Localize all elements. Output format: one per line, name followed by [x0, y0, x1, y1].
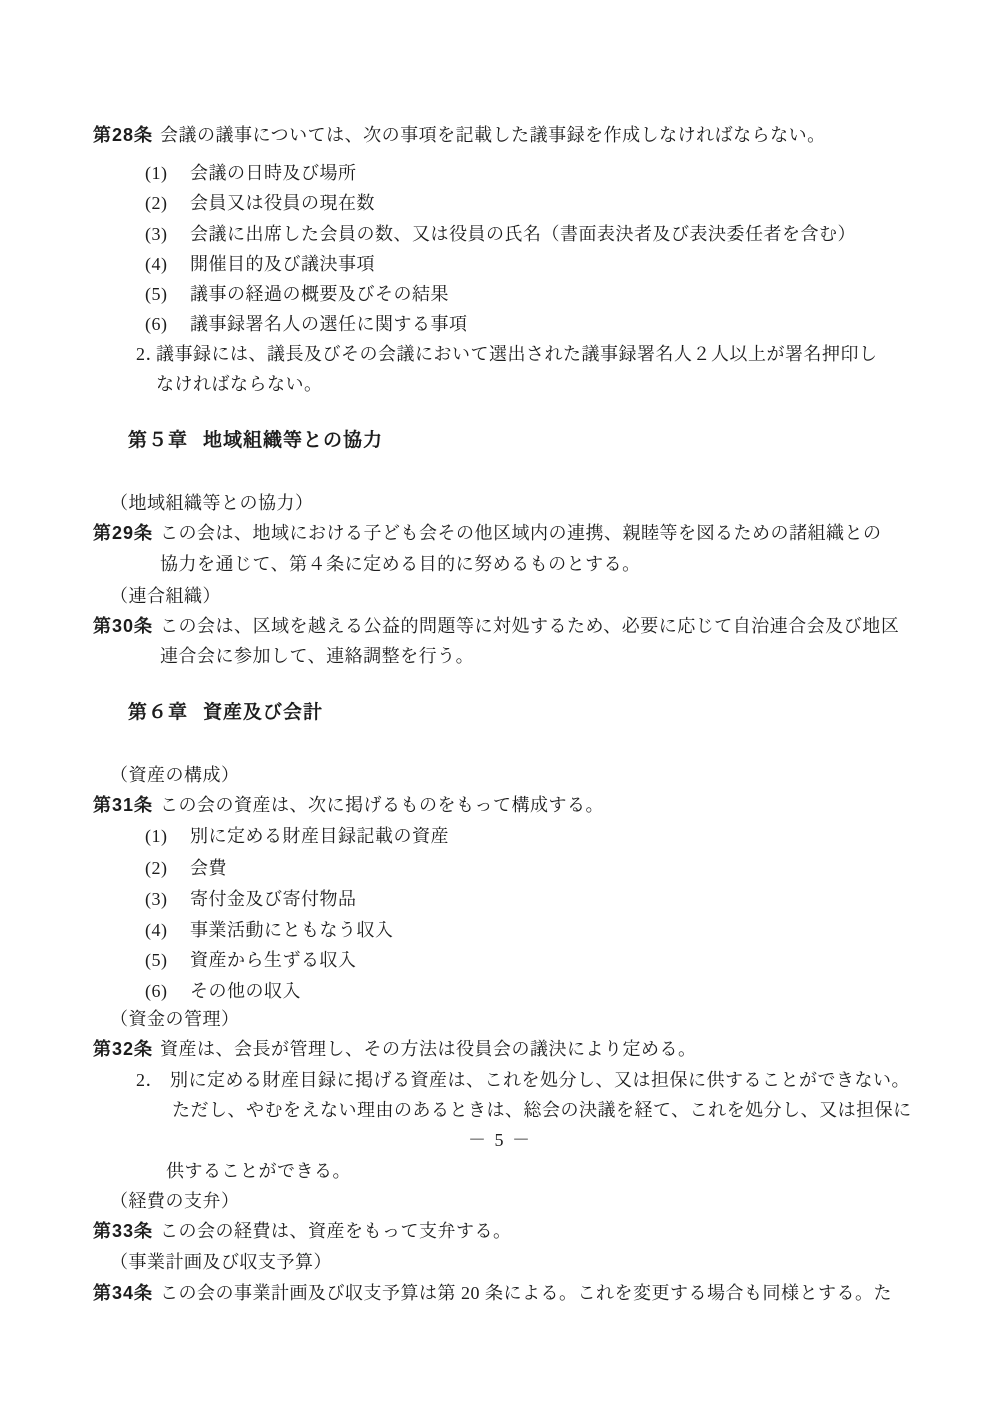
- item-number: (6): [145, 978, 190, 1004]
- article-28-paragraph-2-cont: なければならない。: [156, 371, 323, 397]
- article-31-item-4: (4)事業活動にともなう収入: [145, 917, 394, 943]
- item-text: 開催目的及び議決事項: [190, 251, 375, 277]
- item-text: 会員又は役員の現在数: [190, 190, 375, 216]
- item-number: (2): [145, 855, 190, 881]
- item-text: 事業活動にともなう収入: [190, 917, 394, 943]
- article-29-cont: 協力を通じて、第４条に定める目的に努めるものとする。: [160, 551, 641, 577]
- item-text: 会費: [190, 855, 227, 881]
- item-number: (1): [145, 823, 190, 849]
- article-34-number: 第34条: [93, 1280, 160, 1306]
- item-text: その他の収入: [190, 978, 301, 1004]
- item-number: (3): [145, 886, 190, 912]
- item-number: (1): [145, 160, 190, 186]
- article-33-head: 第33条この会の経費は、資産をもって支弁する。: [93, 1218, 512, 1244]
- item-text: 議事の経過の概要及びその結果: [190, 281, 449, 307]
- article-28-number: 第28条: [93, 122, 160, 148]
- article-30-number: 第30条: [93, 613, 160, 639]
- article-30-body: この会は、区域を越える公益的問題等に対処するため、必要に応じて自治連合会及び地区: [160, 613, 899, 639]
- article-28-item-1: (1)会議の日時及び場所: [145, 160, 357, 186]
- article-30-cont: 連合会に参加して、連絡調整を行う。: [160, 643, 474, 669]
- item-number: (6): [145, 311, 190, 337]
- article-28-item-4: (4)開催目的及び議決事項: [145, 251, 375, 277]
- article-31-item-3: (3)寄付金及び寄付物品: [145, 886, 357, 912]
- chapter-5-title: 地域組織等との協力: [203, 430, 383, 451]
- article-29-number: 第29条: [93, 520, 160, 546]
- article-32-body: 資産は、会長が管理し、その方法は役員会の議決により定める。: [160, 1036, 697, 1062]
- chapter-5-number: 第５章: [128, 430, 188, 451]
- item-number: (5): [145, 281, 190, 307]
- article-31-item-5: (5)資産から生ずる収入: [145, 947, 357, 973]
- section-header-keihi: （経費の支弁）: [110, 1188, 240, 1214]
- article-28-item-5: (5)議事の経過の概要及びその結果: [145, 281, 449, 307]
- item-number: (4): [145, 917, 190, 943]
- article-32-paragraph-2-cont-1: ただし、やむをえない理由のあるときは、総会の決議を経て、これを処分し、又は担保に: [172, 1097, 912, 1123]
- chapter-6-number: 第６章: [128, 702, 188, 723]
- article-34-body: この会の事業計画及び収支予算は第 20 条による。これを変更する場合も同様とする…: [160, 1280, 892, 1306]
- chapter-6-heading: 第６章資産及び会計: [128, 700, 323, 726]
- article-31-number: 第31条: [93, 792, 160, 818]
- page-number: － 5 －: [0, 1127, 1000, 1153]
- item-text: 議事録署名人の選任に関する事項: [190, 311, 468, 337]
- article-32-head: 第32条資産は、会長が管理し、その方法は役員会の議決により定める。: [93, 1036, 697, 1062]
- item-number: (2): [145, 190, 190, 216]
- article-34-head: 第34条この会の事業計画及び収支予算は第 20 条による。これを変更する場合も同…: [93, 1280, 892, 1306]
- article-31-head: 第31条この会の資産は、次に掲げるものをもって構成する。: [93, 792, 604, 818]
- paragraph-number: 2．: [136, 1067, 170, 1093]
- section-header-shikin: （資金の管理）: [110, 1006, 240, 1032]
- article-31-body: この会の資産は、次に掲げるものをもって構成する。: [160, 792, 604, 818]
- article-32-number: 第32条: [93, 1036, 160, 1062]
- item-text: 資産から生ずる収入: [190, 947, 357, 973]
- paragraph-text: 議事録には、議長及びその会議において選出された議事録署名人２人以上が署名押印し: [156, 341, 878, 367]
- section-header-shisan: （資産の構成）: [110, 762, 240, 788]
- article-33-number: 第33条: [93, 1218, 160, 1244]
- article-32-paragraph-2-cont-2: 供することができる。: [166, 1158, 351, 1184]
- chapter-5-heading: 第５章地域組織等との協力: [128, 428, 383, 454]
- article-31-item-1: (1)別に定める財産目録記載の資産: [145, 823, 449, 849]
- paragraph-number: 2．: [136, 341, 156, 367]
- article-28-item-3: (3)会議に出席した会員の数、又は役員の氏名（書面表決者及び表決委任者を含む）: [145, 221, 856, 247]
- article-28-item-6: (6)議事録署名人の選任に関する事項: [145, 311, 468, 337]
- item-text: 寄付金及び寄付物品: [190, 886, 357, 912]
- article-28-paragraph-2: 2．議事録には、議長及びその会議において選出された議事録署名人２人以上が署名押印…: [136, 341, 878, 367]
- item-text: 会議に出席した会員の数、又は役員の氏名（書面表決者及び表決委任者を含む）: [190, 221, 856, 247]
- section-header-chiiki: （地域組織等との協力）: [110, 490, 314, 516]
- section-header-rengo: （連合組織）: [110, 583, 221, 609]
- item-text: 会議の日時及び場所: [190, 160, 357, 186]
- item-number: (3): [145, 221, 190, 247]
- article-31-item-6: (6)その他の収入: [145, 978, 301, 1004]
- section-header-jigyo: （事業計画及び収支予算）: [110, 1249, 332, 1275]
- article-28-item-2: (2)会員又は役員の現在数: [145, 190, 375, 216]
- item-number: (5): [145, 947, 190, 973]
- article-28-head: 第28条会議の議事については、次の事項を記載した議事録を作成しなければならない。: [93, 122, 826, 148]
- chapter-6-title: 資産及び会計: [203, 702, 323, 723]
- paragraph-text: 別に定める財産目録に掲げる資産は、これを処分し、又は担保に供することができない。: [170, 1067, 910, 1093]
- item-number: (4): [145, 251, 190, 277]
- document-page: 第28条会議の議事については、次の事項を記載した議事録を作成しなければならない。…: [0, 0, 1000, 1415]
- article-33-body: この会の経費は、資産をもって支弁する。: [160, 1218, 512, 1244]
- article-31-item-2: (2)会費: [145, 855, 227, 881]
- article-28-body: 会議の議事については、次の事項を記載した議事録を作成しなければならない。: [160, 122, 826, 148]
- article-29-head: 第29条この会は、地域における子ども会その他区域内の連携、親睦等を図るための諸組…: [93, 520, 882, 546]
- article-32-paragraph-2: 2．別に定める財産目録に掲げる資産は、これを処分し、又は担保に供することができな…: [136, 1067, 910, 1093]
- item-text: 別に定める財産目録記載の資産: [190, 823, 449, 849]
- article-29-body: この会は、地域における子ども会その他区域内の連携、親睦等を図るための諸組織との: [160, 520, 882, 546]
- article-30-head: 第30条この会は、区域を越える公益的問題等に対処するため、必要に応じて自治連合会…: [93, 613, 899, 639]
